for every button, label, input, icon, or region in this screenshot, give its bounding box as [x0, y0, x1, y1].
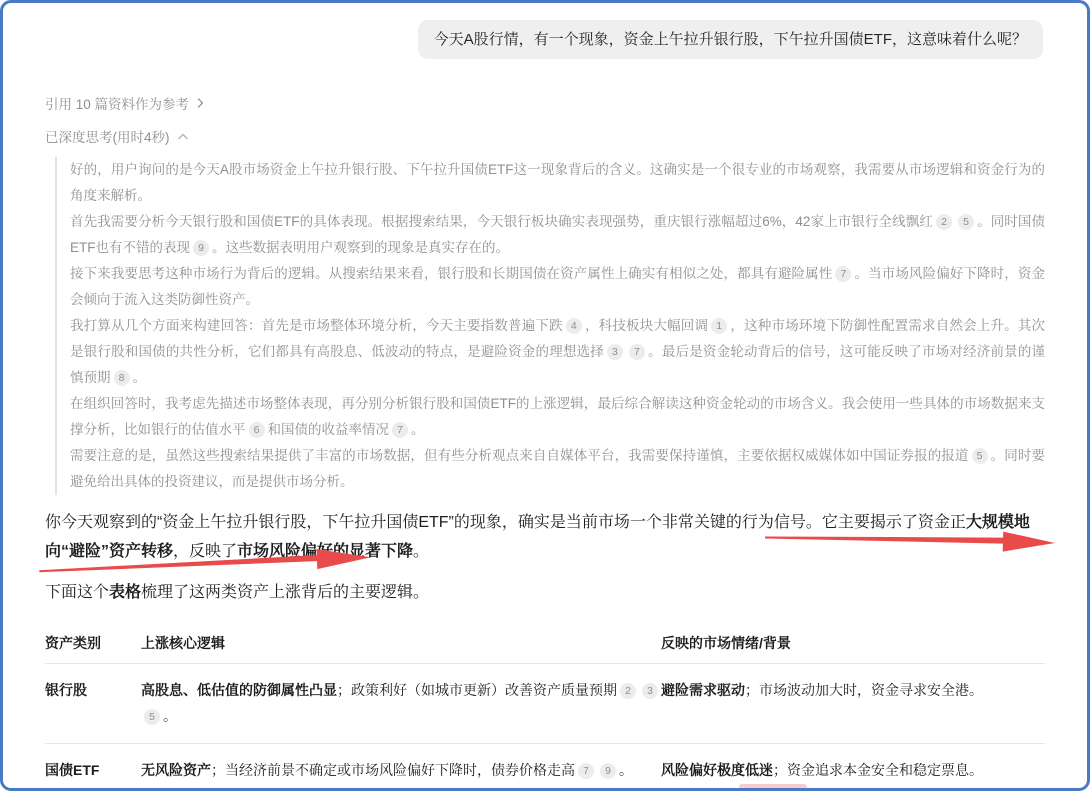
bold-text: 表格 — [109, 584, 141, 601]
text-segment: 好的，用户询问的是今天A股市场资金上午拉升银行股、下午拉升国债ETF这一现象背后… — [70, 162, 1045, 203]
thinking-paragraph: 好的，用户询问的是今天A股市场资金上午拉升银行股、下午拉升国债ETF这一现象背后… — [70, 157, 1045, 209]
market-sentiment-cell: 避险需求驱动；市场波动加大时，资金寻求安全港。 — [661, 664, 1045, 744]
citation-badge[interactable]: 2 — [620, 683, 636, 699]
table-column-header: 反映的市场情绪/背景 — [661, 624, 1045, 664]
thinking-paragraph: 需要注意的是，虽然这些搜索结果提供了丰富的市场数据，但有些分析观点来自自媒体平台… — [70, 443, 1045, 495]
table-header-row: 资产类别上涨核心逻辑反映的市场情绪/背景 — [45, 624, 1045, 664]
text-segment: 你今天观察到的“资金上午拉升银行股，下午拉升国债ETF”的现象，确实是当前市场一… — [45, 514, 966, 531]
thinking-paragraph: 首先我需要分析今天银行股和国债ETF的具体表现。根据搜索结果，今天银行板块确实表… — [70, 209, 1045, 261]
thinking-paragraph: 接下来我要思考这种市场行为背后的逻辑。从搜索结果来看，银行股和长期国债在资产属性… — [70, 261, 1045, 313]
citation-badge[interactable]: 8 — [114, 370, 130, 386]
answer-table-intro: 下面这个表格梳理了这两类资产上涨背后的主要逻辑。 — [45, 582, 1045, 604]
citation-badge[interactable]: 7 — [629, 344, 645, 360]
citation-badge[interactable]: 7 — [578, 763, 594, 779]
user-message-row: 今天A股行情，有一个现象，资金上午拉升银行股，下午拉升国债ETF，这意味着什么呢… — [3, 3, 1087, 59]
citation-badge[interactable]: 4 — [566, 318, 582, 334]
citation-badge[interactable]: 3 — [642, 683, 658, 699]
text-segment: ；市场波动加大时，资金寻求安全港。 — [745, 682, 983, 698]
citation-badge[interactable]: 9 — [600, 763, 616, 779]
text-segment: 。 — [413, 543, 429, 560]
text-segment: ；资金追求本金安全和稳定票息。 — [773, 762, 983, 778]
text-segment: ，反映了 — [173, 543, 237, 560]
text-segment: ；政策利好（如城市更新）改善资产质量预期 — [337, 682, 617, 698]
citation-badge[interactable]: 7 — [835, 266, 851, 282]
thinking-paragraph: 在组织回答时，我考虑先描述市场整体表现，再分别分析银行股和国债ETF的上涨逻辑，… — [70, 391, 1045, 443]
table-column-header: 资产类别 — [45, 624, 141, 664]
citation-badge[interactable]: 5 — [144, 709, 160, 725]
thinking-header-label: 已深度思考(用时4秒) — [45, 126, 170, 146]
asset-category-cell: 国债ETF — [45, 744, 141, 791]
text-segment: 。这些数据表明用户观察到的现象是真实存在的。 — [212, 240, 509, 255]
bold-text: 避险需求驱动 — [661, 682, 745, 698]
thinking-content: 好的，用户询问的是今天A股市场资金上午拉升银行股、下午拉升国债ETF这一现象背后… — [55, 157, 1045, 495]
bold-text: 高股息、低估值的防御属性凸显 — [141, 682, 337, 698]
citation-badge[interactable]: 3 — [607, 344, 623, 360]
bold-text: 无风险资产 — [141, 762, 211, 778]
core-logic-cell: 无风险资产；当经济前景不确定或市场风险偏好下降时，债券价格走高79。 — [141, 744, 661, 791]
text-segment: ，科技板块大幅回调 — [585, 318, 708, 333]
core-logic-cell: 高股息、低估值的防御属性凸显；政策利好（如城市更新）改善资产质量预期235。 — [141, 664, 661, 744]
citation-badge[interactable]: 7 — [392, 422, 408, 438]
citation-badge[interactable]: 2 — [936, 214, 952, 230]
references-label: 引用 10 篇资料作为参考 — [45, 93, 189, 113]
user-message-bubble: 今天A股行情，有一个现象，资金上午拉升银行股，下午拉升国债ETF，这意味着什么呢… — [418, 20, 1043, 59]
text-segment: 下面这个 — [45, 584, 109, 601]
references-toggle[interactable]: 引用 10 篇资料作为参考 — [45, 93, 1045, 113]
text-segment: 我打算从几个方面来构建回答：首先是市场整体环境分析，今天主要指数普遍下跌 — [70, 318, 563, 333]
text-segment: 需要注意的是，虽然这些搜索结果提供了丰富的市场数据，但有些分析观点来自自媒体平台… — [70, 448, 969, 463]
text-segment: 。 — [619, 762, 633, 778]
chevron-up-icon — [177, 132, 189, 141]
text-segment: 。 — [163, 708, 177, 724]
asset-logic-table: 资产类别上涨核心逻辑反映的市场情绪/背景 银行股高股息、低估值的防御属性凸显；政… — [45, 624, 1045, 791]
text-segment: 。 — [411, 422, 425, 437]
asset-category-cell: 银行股 — [45, 664, 141, 744]
chat-page: 今天A股行情，有一个现象，资金上午拉升银行股，下午拉升国债ETF，这意味着什么呢… — [0, 0, 1090, 791]
chevron-right-icon — [196, 97, 205, 109]
citation-badge[interactable]: 9 — [193, 240, 209, 256]
market-sentiment-cell: 风险偏好极度低迷；资金追求本金安全和稳定票息。 — [661, 744, 1045, 791]
user-message-text: 今天A股行情，有一个现象，资金上午拉升银行股，下午拉升国债ETF，这意味着什么呢… — [434, 31, 1027, 48]
citation-badge[interactable]: 5 — [972, 448, 988, 464]
table-body: 银行股高股息、低估值的防御属性凸显；政策利好（如城市更新）改善资产质量预期235… — [45, 664, 1045, 791]
cutoff-red-arrow-artifact — [739, 784, 807, 788]
table-row: 国债ETF无风险资产；当经济前景不确定或市场风险偏好下降时，债券价格走高79。风… — [45, 744, 1045, 791]
text-segment: 和国债的收益率情况 — [268, 422, 390, 437]
thinking-paragraph: 我打算从几个方面来构建回答：首先是市场整体环境分析，今天主要指数普遍下跌4，科技… — [70, 313, 1045, 391]
bold-text: 市场风险偏好的显著下降 — [237, 543, 413, 560]
text-segment: 接下来我要思考这种市场行为背后的逻辑。从搜索结果来看，银行股和长期国债在资产属性… — [70, 266, 832, 281]
table-column-header: 上涨核心逻辑 — [141, 624, 661, 664]
citation-badge[interactable]: 1 — [711, 318, 727, 334]
text-segment: 在组织回答时，我考虑先描述市场整体表现，再分别分析银行股和国债ETF的上涨逻辑，… — [70, 396, 1045, 437]
thinking-paragraphs: 好的，用户询问的是今天A股市场资金上午拉升银行股、下午拉升国债ETF这一现象背后… — [70, 157, 1045, 495]
thinking-toggle[interactable]: 已深度思考(用时4秒) — [45, 126, 1045, 146]
text-segment: 梳理了这两类资产上涨背后的主要逻辑。 — [141, 584, 429, 601]
bold-text: 风险偏好极度低迷 — [661, 762, 773, 778]
assistant-response: 引用 10 篇资料作为参考 已深度思考(用时4秒) 好的，用户询问的是今天A股市… — [3, 93, 1087, 791]
table-row: 银行股高股息、低估值的防御属性凸显；政策利好（如城市更新）改善资产质量预期235… — [45, 664, 1045, 744]
text-segment: 首先我需要分析今天银行股和国债ETF的具体表现。根据搜索结果，今天银行板块确实表… — [70, 214, 933, 229]
answer-lead: 你今天观察到的“资金上午拉升银行股，下午拉升国债ETF”的现象，确实是当前市场一… — [45, 508, 1045, 566]
citation-badge[interactable]: 6 — [249, 422, 265, 438]
text-segment: 。 — [133, 370, 147, 385]
citation-badge[interactable]: 5 — [958, 214, 974, 230]
text-segment: ；当经济前景不确定或市场风险偏好下降时，债券价格走高 — [211, 762, 575, 778]
